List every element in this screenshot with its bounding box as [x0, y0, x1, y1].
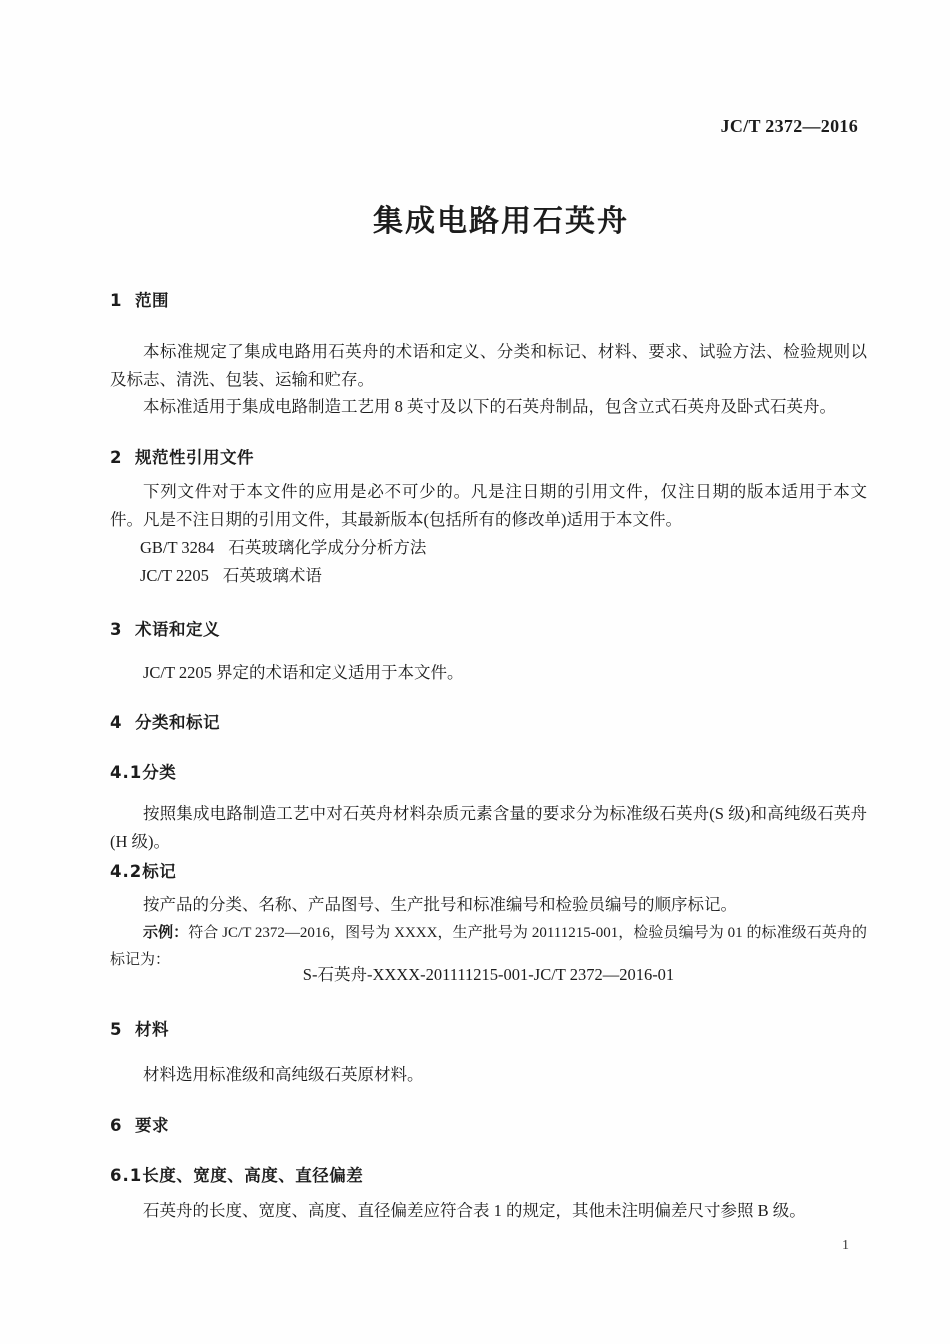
paragraph: JC/T 2205 界定的术语和定义适用于本文件。 — [110, 659, 867, 687]
section-title: 长度、宽度、高度、直径偏差 — [142, 1166, 363, 1185]
standard-code: JC/T 2372—2016 — [721, 116, 858, 137]
section-heading-4-2: 4.2标记 — [110, 860, 176, 884]
document-page: JC/T 2372—2016 集成电路用石英舟 1范围 本标准规定了集成电路用石… — [0, 0, 950, 1344]
section-heading-3: 3术语和定义 — [110, 618, 220, 642]
section-heading-6: 6要求 — [110, 1114, 169, 1138]
section-number: 5 — [110, 1018, 135, 1042]
example-text: 符合 JC/T 2372—2016，图号为 XXXX，生产批号为 2011121… — [110, 925, 867, 968]
paragraph: 材料选用标准级和高纯级石英原材料。 — [110, 1061, 867, 1089]
section-number: 1 — [110, 289, 135, 313]
reference-item: GB/T 3284石英玻璃化学成分分析方法 — [140, 536, 426, 560]
paragraph: 本标准适用于集成电路制造工艺用 8 英寸及以下的石英舟制品，包含立式石英舟及卧式… — [110, 393, 867, 421]
marking-example: S-石英舟-XXXX-201111215-001-JC/T 2372—2016-… — [110, 963, 867, 987]
section-number: 4.1 — [110, 761, 142, 785]
section-title: 分类 — [142, 763, 176, 782]
section-number: 3 — [110, 618, 135, 642]
reference-code: GB/T 3284 — [140, 538, 214, 557]
page-number: 1 — [842, 1238, 849, 1254]
reference-item: JC/T 2205石英玻璃术语 — [140, 564, 322, 588]
section-title: 术语和定义 — [135, 620, 220, 639]
paragraph: 按照集成电路制造工艺中对石英舟材料杂质元素含量的要求分为标准级石英舟(S 级)和… — [110, 800, 867, 855]
section-heading-1: 1范围 — [110, 289, 169, 313]
section-title: 范围 — [135, 291, 169, 310]
paragraph: 按产品的分类、名称、产品图号、生产批号和标准编号和检验员编号的顺序标记。 — [110, 891, 867, 919]
reference-title: 石英玻璃化学成分分析方法 — [228, 538, 426, 557]
reference-code: JC/T 2205 — [140, 566, 209, 585]
section-heading-4-1: 4.1分类 — [110, 761, 176, 785]
paragraph: 本标准规定了集成电路用石英舟的术语和定义、分类和标记、材料、要求、试验方法、检验… — [110, 338, 867, 393]
section-number: 2 — [110, 446, 135, 470]
section-title: 要求 — [135, 1116, 169, 1135]
paragraph: 下列文件对于本文件的应用是必不可少的。凡是注日期的引用文件，仅注日期的版本适用于… — [110, 478, 867, 533]
section-number: 6 — [110, 1114, 135, 1138]
reference-title: 石英玻璃术语 — [223, 566, 322, 585]
section-heading-4: 4分类和标记 — [110, 711, 220, 735]
example-label: 示例： — [143, 923, 188, 941]
section-heading-5: 5材料 — [110, 1018, 169, 1042]
section-title: 材料 — [135, 1020, 169, 1039]
section-number: 4.2 — [110, 860, 142, 884]
section-heading-6-1: 6.1长度、宽度、高度、直径偏差 — [110, 1164, 363, 1188]
section-title: 标记 — [142, 862, 176, 881]
section-heading-2: 2规范性引用文件 — [110, 446, 254, 470]
paragraph: 石英舟的长度、宽度、高度、直径偏差应符合表 1 的规定，其他未注明偏差尺寸参照 … — [110, 1197, 867, 1225]
section-number: 6.1 — [110, 1164, 142, 1188]
section-title: 分类和标记 — [135, 713, 220, 732]
section-number: 4 — [110, 711, 135, 735]
document-title: 集成电路用石英舟 — [0, 203, 950, 241]
section-title: 规范性引用文件 — [135, 448, 254, 467]
